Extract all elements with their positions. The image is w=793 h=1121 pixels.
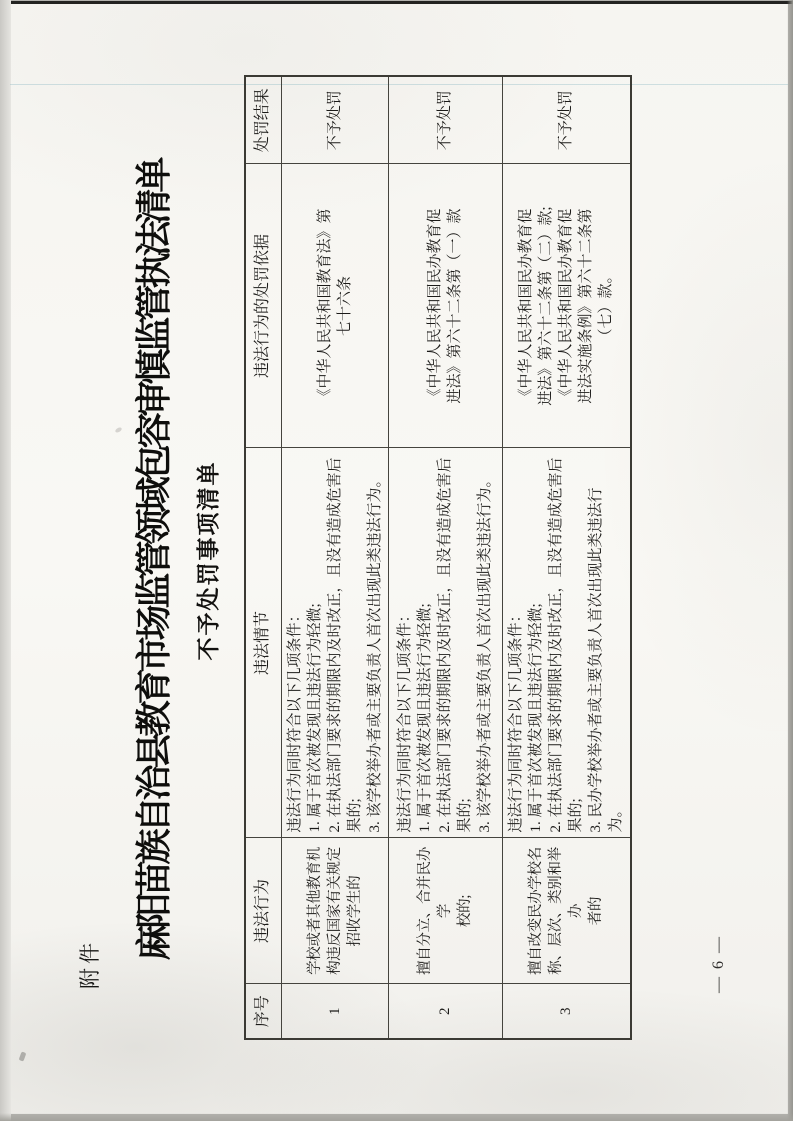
page-number: — 6 —	[710, 935, 728, 993]
header-penalty-result: 处罚结果	[245, 76, 281, 164]
document-title: 麻阳苗族自治县教育市场监管领域包容审慎监管执法清单	[126, 60, 177, 1061]
row2-circumstances: 违法行为同时符合以下几项条件： 1. 属于首次被发现且违法行为轻微; 2. 在执…	[388, 448, 502, 838]
row1-serial: 1	[281, 984, 388, 1039]
row3-basis: 《中华人民共和国民办教育促 进法》第六十二条第（二）款; 《中华人民共和国民办教…	[502, 164, 631, 448]
table-row: 1 学校或者其他教育机 构违反国家有关规定 招收学生的 违法行为同时符合以下几项…	[281, 76, 388, 1039]
header-penalty-basis: 违法行为的处罚依据	[245, 164, 281, 448]
row3-result: 不予处罚	[502, 76, 631, 164]
row3-serial: 3	[502, 984, 631, 1039]
header-illegal-behavior: 违法行为	[245, 838, 281, 984]
row2-serial: 2	[388, 984, 502, 1039]
row2-result: 不予处罚	[388, 76, 502, 164]
header-serial-number: 序号	[245, 984, 281, 1039]
row2-basis: 《中华人民共和国民办教育促 进法》第六十二条第（一）款	[388, 164, 502, 448]
row3-behavior: 擅自改变民办学校名 称、层次、类别和举办 者的	[502, 838, 631, 984]
table-row: 3 擅自改变民办学校名 称、层次、类别和举办 者的 违法行为同时符合以下几项条件…	[502, 76, 631, 1039]
row2-behavior: 擅自分立、合并民办学 校的;	[388, 838, 502, 984]
table-header-row: 序号 违法行为 违法情节 违法行为的处罚依据 处罚结果	[245, 76, 281, 1039]
penalty-exemption-table: 序号 违法行为 违法情节 违法行为的处罚依据 处罚结果 1 学校或者其他教育机 …	[244, 75, 632, 1040]
row3-circumstances: 违法行为同时符合以下几项条件： 1. 属于首次被发现且违法行为轻微; 2. 在执…	[502, 448, 631, 838]
row1-result: 不予处罚	[281, 76, 388, 164]
document-subtitle: 不予处罚事项清单	[190, 60, 223, 1061]
attachment-label: 附件	[74, 939, 104, 989]
row1-behavior: 学校或者其他教育机 构违反国家有关规定 招收学生的	[281, 838, 388, 984]
row1-basis: 《中华人民共和国教育法》第 七十六条	[281, 164, 388, 448]
header-illegal-circumstances: 违法情节	[245, 448, 281, 838]
rotated-document: 附件 麻阳苗族自治县教育市场监管领域包容审慎监管执法清单 不予处罚事项清单 序号…	[0, 0, 793, 1121]
row1-circumstances: 违法行为同时符合以下几项条件： 1. 属于首次被发现且违法行为轻微; 2. 在执…	[281, 448, 388, 838]
table-row: 2 擅自分立、合并民办学 校的; 违法行为同时符合以下几项条件： 1. 属于首次…	[388, 76, 502, 1039]
